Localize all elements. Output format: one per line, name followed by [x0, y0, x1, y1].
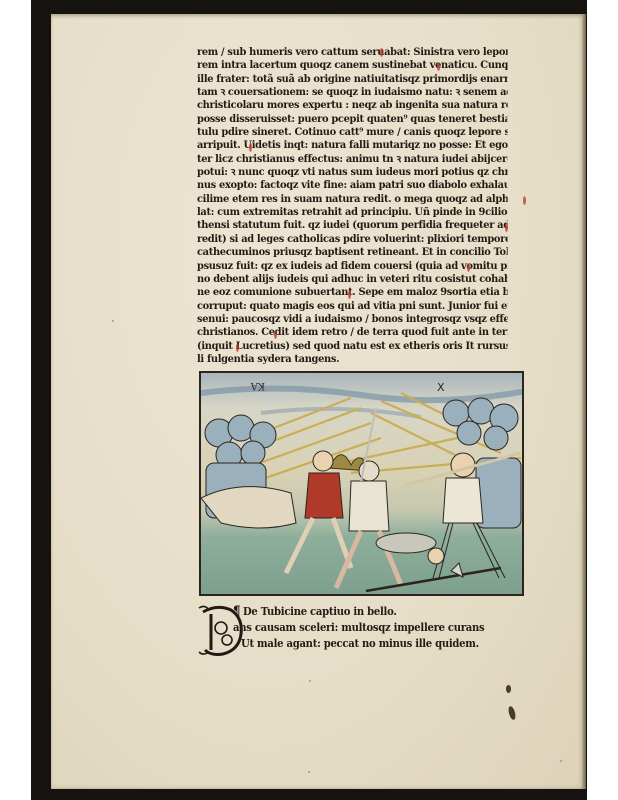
ink-blot: [506, 685, 511, 693]
text-line: ne eoz comunione subuertant. Sepe em mal…: [197, 286, 508, 299]
text-line: tam ꝛ couersationem: se quoqz in iudaism…: [197, 86, 508, 99]
text-line: no debent alijs iudeis qui adhuc in vete…: [197, 273, 508, 286]
page-edge: [582, 14, 586, 789]
rubric-mark: ¶: [233, 604, 240, 619]
text-line: rem / sub humeris vero cattum seruabat: …: [197, 46, 508, 59]
text-line: christianos. Cedit idem retro / de terra…: [197, 326, 508, 339]
paper-speck: [112, 320, 114, 322]
verse-line: Ut male agant: peccat no minus ille quid…: [241, 637, 479, 650]
text-line: thensi statutum fuit. qz iudei (quorum p…: [197, 219, 508, 232]
body-text: rem / sub humeris vero cattum seruabat: …: [197, 46, 531, 366]
rubrication-mark: [274, 330, 277, 339]
text-line: redit) si ad leges catholicas pdire volu…: [197, 233, 508, 246]
text-line: posse disseruisset: puero pcepit quaten⁹…: [197, 113, 508, 126]
text-line: (inquit Lucretius) sed quod natu est ex …: [197, 340, 508, 353]
caption-heading: De Tubicine captiuo in bello.: [243, 605, 397, 618]
paper-speck: [560, 760, 562, 762]
text-line: cathecuminos priusqz baptisent retineant…: [197, 246, 508, 259]
text-line: ille frater: totã suã ab origine natiuit…: [197, 73, 508, 86]
svg-text:X: X: [437, 381, 445, 394]
text-line: corruput: quato magis eos qui ad vitia p…: [197, 300, 508, 313]
verse-line: ans causam sceleri: multosqz impellere c…: [233, 621, 484, 634]
text-line: arripuit. Uidetis inqt: natura falli mut…: [197, 139, 508, 152]
woodcut-illustration: KA X: [199, 371, 524, 596]
rubrication-mark: [505, 223, 508, 232]
text-line: potui: ꝛ nunc quoqz vti natus sum iudeus…: [197, 166, 508, 179]
rubrication-mark: [236, 343, 239, 352]
paper-speck: [308, 771, 310, 773]
rubrication-mark: [348, 290, 351, 299]
text-line: ter licz christianus effectus: animu tn …: [197, 153, 508, 166]
rubrication-mark: [437, 62, 440, 71]
text-line: lat: cum extremitas retrahit ad principi…: [197, 206, 508, 219]
text-line: tulu pdire sineret. Cotinuo catt⁹ mure /…: [197, 126, 508, 139]
rubrication-mark: [249, 143, 252, 152]
battle-scene-image: KA X: [201, 373, 524, 596]
svg-text:KA: KA: [250, 380, 265, 391]
text-line: psusuz fuit: qz ex iudeis ad fidem couer…: [197, 260, 508, 273]
text-line: christicolaru mores expertu : neqz ab in…: [197, 99, 508, 112]
text-line: nus exopto: factoqz vite fine: aiam patr…: [197, 179, 508, 192]
text-line: cilime etem res in suam natura redit. o …: [197, 193, 508, 206]
rubrication-mark: [523, 196, 526, 205]
text-line: rem intra lacertum quoqz canem sustineba…: [197, 59, 508, 72]
rubrication-mark: [467, 263, 470, 272]
text-line: senui: paucosqz vidi a iudaismo / bonos …: [197, 313, 508, 326]
paper-speck: [309, 680, 311, 682]
rubrication-mark: [380, 48, 383, 57]
text-line: li fulgentia sydera tangens.: [197, 353, 508, 366]
woodcut-caption: ¶ De Tubicine captiuo in bello. ans caus…: [197, 604, 527, 664]
